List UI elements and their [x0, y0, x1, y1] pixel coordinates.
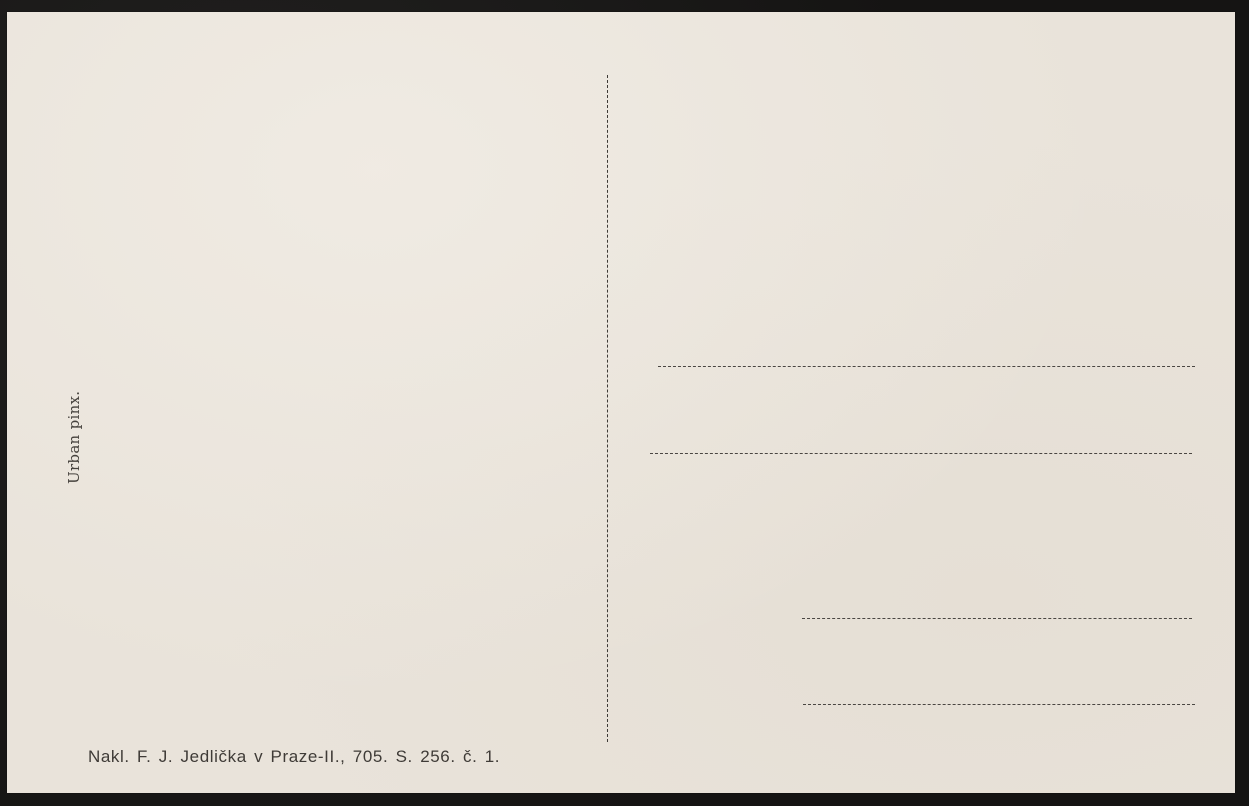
address-line-1	[658, 366, 1195, 367]
address-line-2	[650, 453, 1192, 454]
publisher-imprint: Nakl. F. J. Jedlička v Praze-II., 705. S…	[88, 747, 500, 767]
address-line-4	[803, 704, 1195, 705]
center-divider-dashed-line	[607, 75, 608, 742]
artist-credit: Urban pinx.	[65, 354, 89, 484]
address-line-3	[802, 618, 1192, 619]
postcard-back: Urban pinx. Nakl. F. J. Jedlička v Praze…	[7, 12, 1235, 793]
